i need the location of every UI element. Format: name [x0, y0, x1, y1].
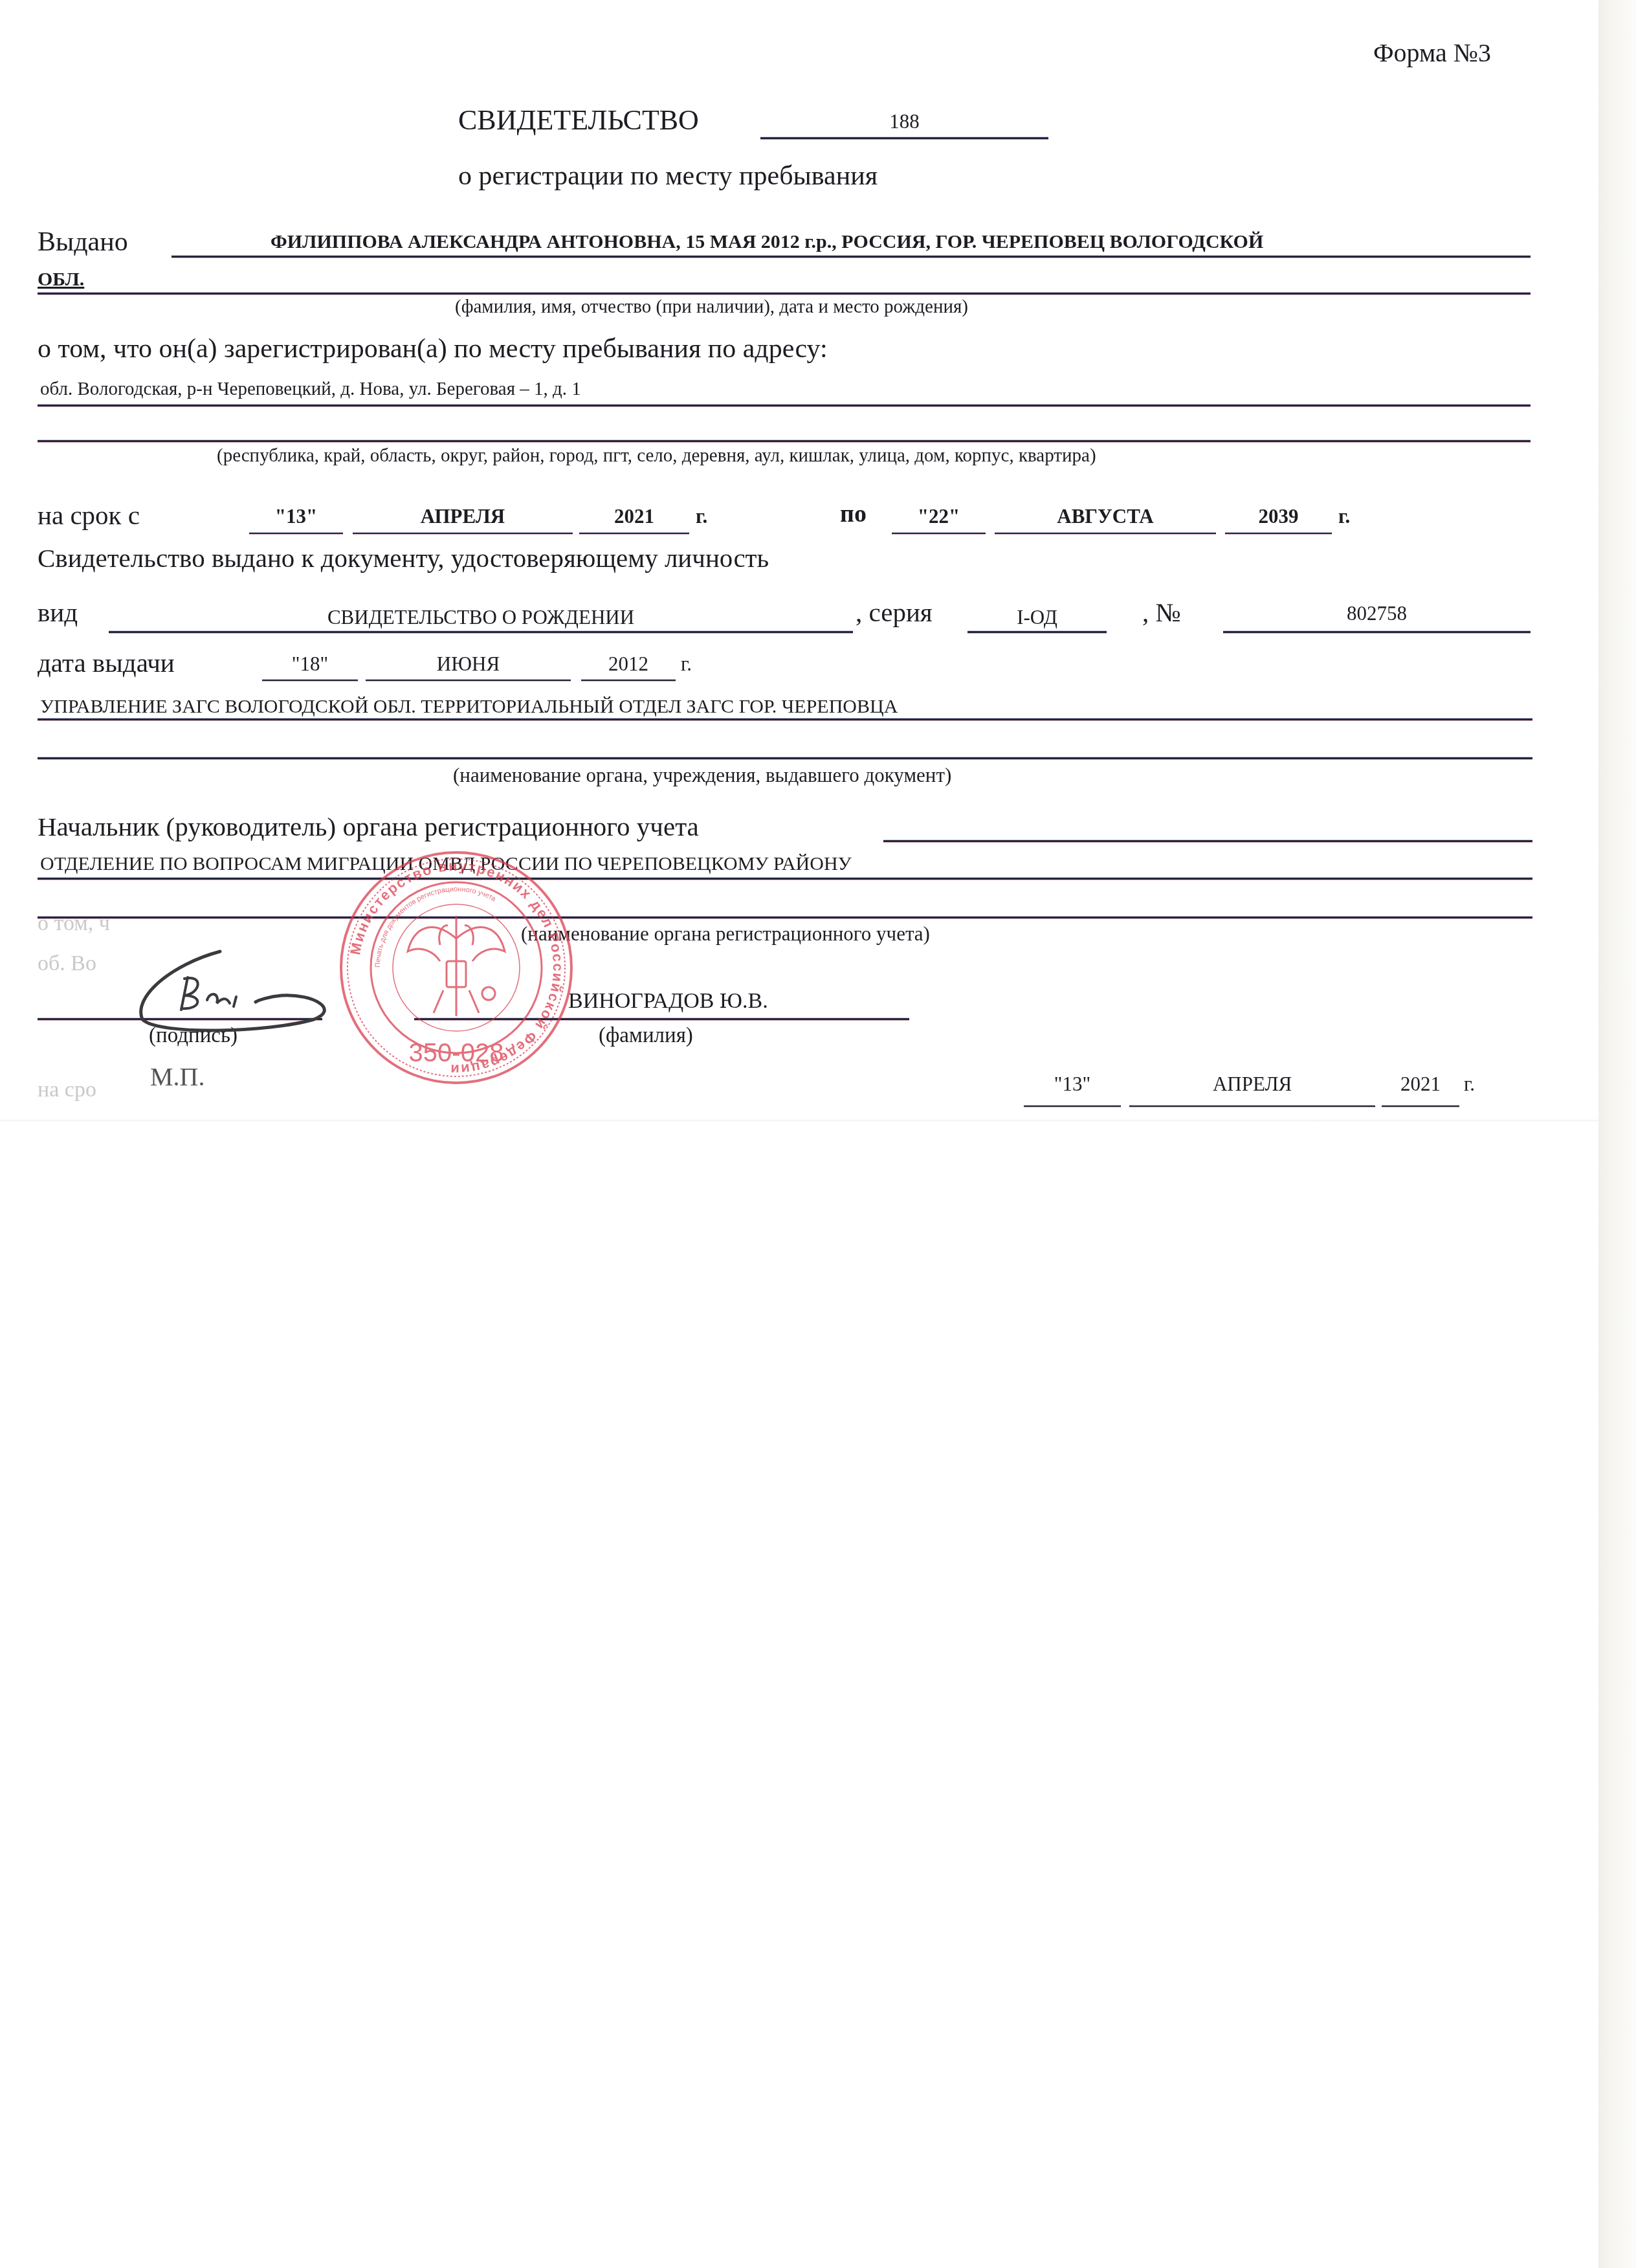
- issued-to-caption: (фамилия, имя, отчество (при наличии), д…: [455, 296, 968, 318]
- address-underline-2: [38, 440, 1531, 442]
- issued-to-label: Выдано: [38, 227, 128, 258]
- address-underline-1: [38, 405, 1531, 406]
- identity-doc-type-underline: [109, 631, 853, 633]
- period-from-month: АПРЕЛЯ: [353, 505, 573, 528]
- issuer-line1: УПРАВЛЕНИЕ ЗАГС ВОЛОГОДСКОЙ ОБЛ. ТЕРРИТО…: [40, 696, 898, 718]
- issuer-underline-2: [38, 757, 1532, 759]
- issued-to-underline-2: [38, 293, 1531, 295]
- bleed-through-text-1: о том, ч: [38, 911, 110, 936]
- period-to-month: АВГУСТА: [995, 505, 1216, 528]
- period-from-year-underline: [579, 533, 689, 534]
- seal-label: М.П.: [150, 1062, 204, 1092]
- period-from-day: "13": [249, 505, 343, 528]
- surname-caption: (фамилия): [599, 1024, 693, 1048]
- paper-fold-shadow: [0, 1120, 1598, 1122]
- bleed-through-text-2: об. Во: [38, 951, 96, 976]
- issue-year-suffix: г.: [681, 652, 692, 676]
- identity-doc-number-label: , №: [1142, 597, 1181, 628]
- period-to-month-underline: [995, 533, 1216, 534]
- period-to-day-underline: [892, 533, 986, 534]
- issued-to-name-line1: ФИЛИППОВА АЛЕКСАНДРА АНТОНОВНА, 15 МАЯ 2…: [271, 231, 1263, 253]
- period-to-label: по: [840, 500, 867, 528]
- identity-doc-series-value: I-ОД: [967, 606, 1107, 629]
- registration-issue-day-underline: [1024, 1106, 1121, 1107]
- document-title: СВИДЕТЕЛЬСТВО: [458, 104, 699, 137]
- address-intro: о том, что он(а) зарегистрирован(а) по м…: [38, 333, 828, 364]
- stamp-code: 350-028: [409, 1039, 504, 1067]
- issue-month: ИЮНЯ: [366, 652, 571, 676]
- issuer-underline-1: [38, 718, 1532, 720]
- certificate-number: 188: [760, 110, 1048, 133]
- identity-doc-type-label: вид: [38, 597, 78, 628]
- identity-doc-number-value: 802758: [1223, 602, 1531, 625]
- period-from-year: 2021: [579, 505, 689, 528]
- period-from-year-suffix: г.: [696, 505, 707, 528]
- address-line1: обл. Вологодская, р-н Череповецкий, д. Н…: [40, 379, 581, 400]
- identity-doc-intro: Свидетельство выдано к документу, удосто…: [38, 542, 769, 573]
- registration-issue-month: АПРЕЛЯ: [1129, 1073, 1375, 1096]
- issuer-caption: (наименование органа, учреждения, выдавш…: [453, 764, 951, 787]
- authority-caption: (наименование органа регистрационного уч…: [521, 922, 930, 946]
- registration-issue-day: "13": [1024, 1073, 1121, 1096]
- identity-doc-number-underline: [1223, 631, 1531, 633]
- issued-to-underline-1: [171, 256, 1531, 258]
- period-to-day: "22": [892, 505, 986, 528]
- authority-head-label: Начальник (руководитель) органа регистра…: [38, 811, 699, 842]
- registration-issue-year: 2021: [1382, 1073, 1459, 1096]
- period-to-year-suffix: г.: [1338, 505, 1350, 528]
- paper-edge: [1598, 0, 1636, 2268]
- identity-doc-type-value: СВИДЕТЕЛЬСТВО О РОЖДЕНИИ: [109, 606, 853, 629]
- period-from-label: на срок с: [38, 500, 140, 531]
- official-stamp-icon: Министерство внутренних дел Российской Ф…: [337, 848, 576, 1087]
- registration-issue-year-suffix: г.: [1464, 1073, 1475, 1096]
- issue-date-label: дата выдачи: [38, 647, 175, 678]
- issue-day: "18": [262, 652, 358, 676]
- authority-name-underline-1: [38, 878, 1532, 880]
- issue-month-underline: [366, 680, 571, 681]
- identity-doc-series-label: , серия: [856, 597, 933, 628]
- authority-head-underline: [883, 840, 1532, 842]
- authority-name-underline-2: [38, 917, 1532, 918]
- registration-issue-month-underline: [1129, 1106, 1375, 1107]
- identity-doc-series-underline: [967, 631, 1107, 633]
- issue-year: 2012: [581, 652, 676, 676]
- document-subtitle: о регистрации по месту пребывания: [458, 161, 878, 192]
- address-caption: (республика, край, область, округ, район…: [217, 445, 1096, 467]
- authority-surname: ВИНОГРАДОВ Ю.В.: [568, 989, 768, 1014]
- certificate-number-underline: [760, 137, 1048, 139]
- form-label: Форма №3: [1373, 38, 1491, 68]
- issue-day-underline: [262, 680, 358, 681]
- period-from-month-underline: [353, 533, 573, 534]
- issue-year-underline: [581, 680, 676, 681]
- period-from-day-underline: [249, 533, 343, 534]
- period-to-year: 2039: [1225, 505, 1332, 528]
- period-to-year-underline: [1225, 533, 1332, 534]
- bleed-through-text-3: на сро: [38, 1078, 96, 1102]
- registration-issue-year-underline: [1382, 1106, 1459, 1107]
- issued-to-name-line2: ОБЛ.: [38, 269, 84, 291]
